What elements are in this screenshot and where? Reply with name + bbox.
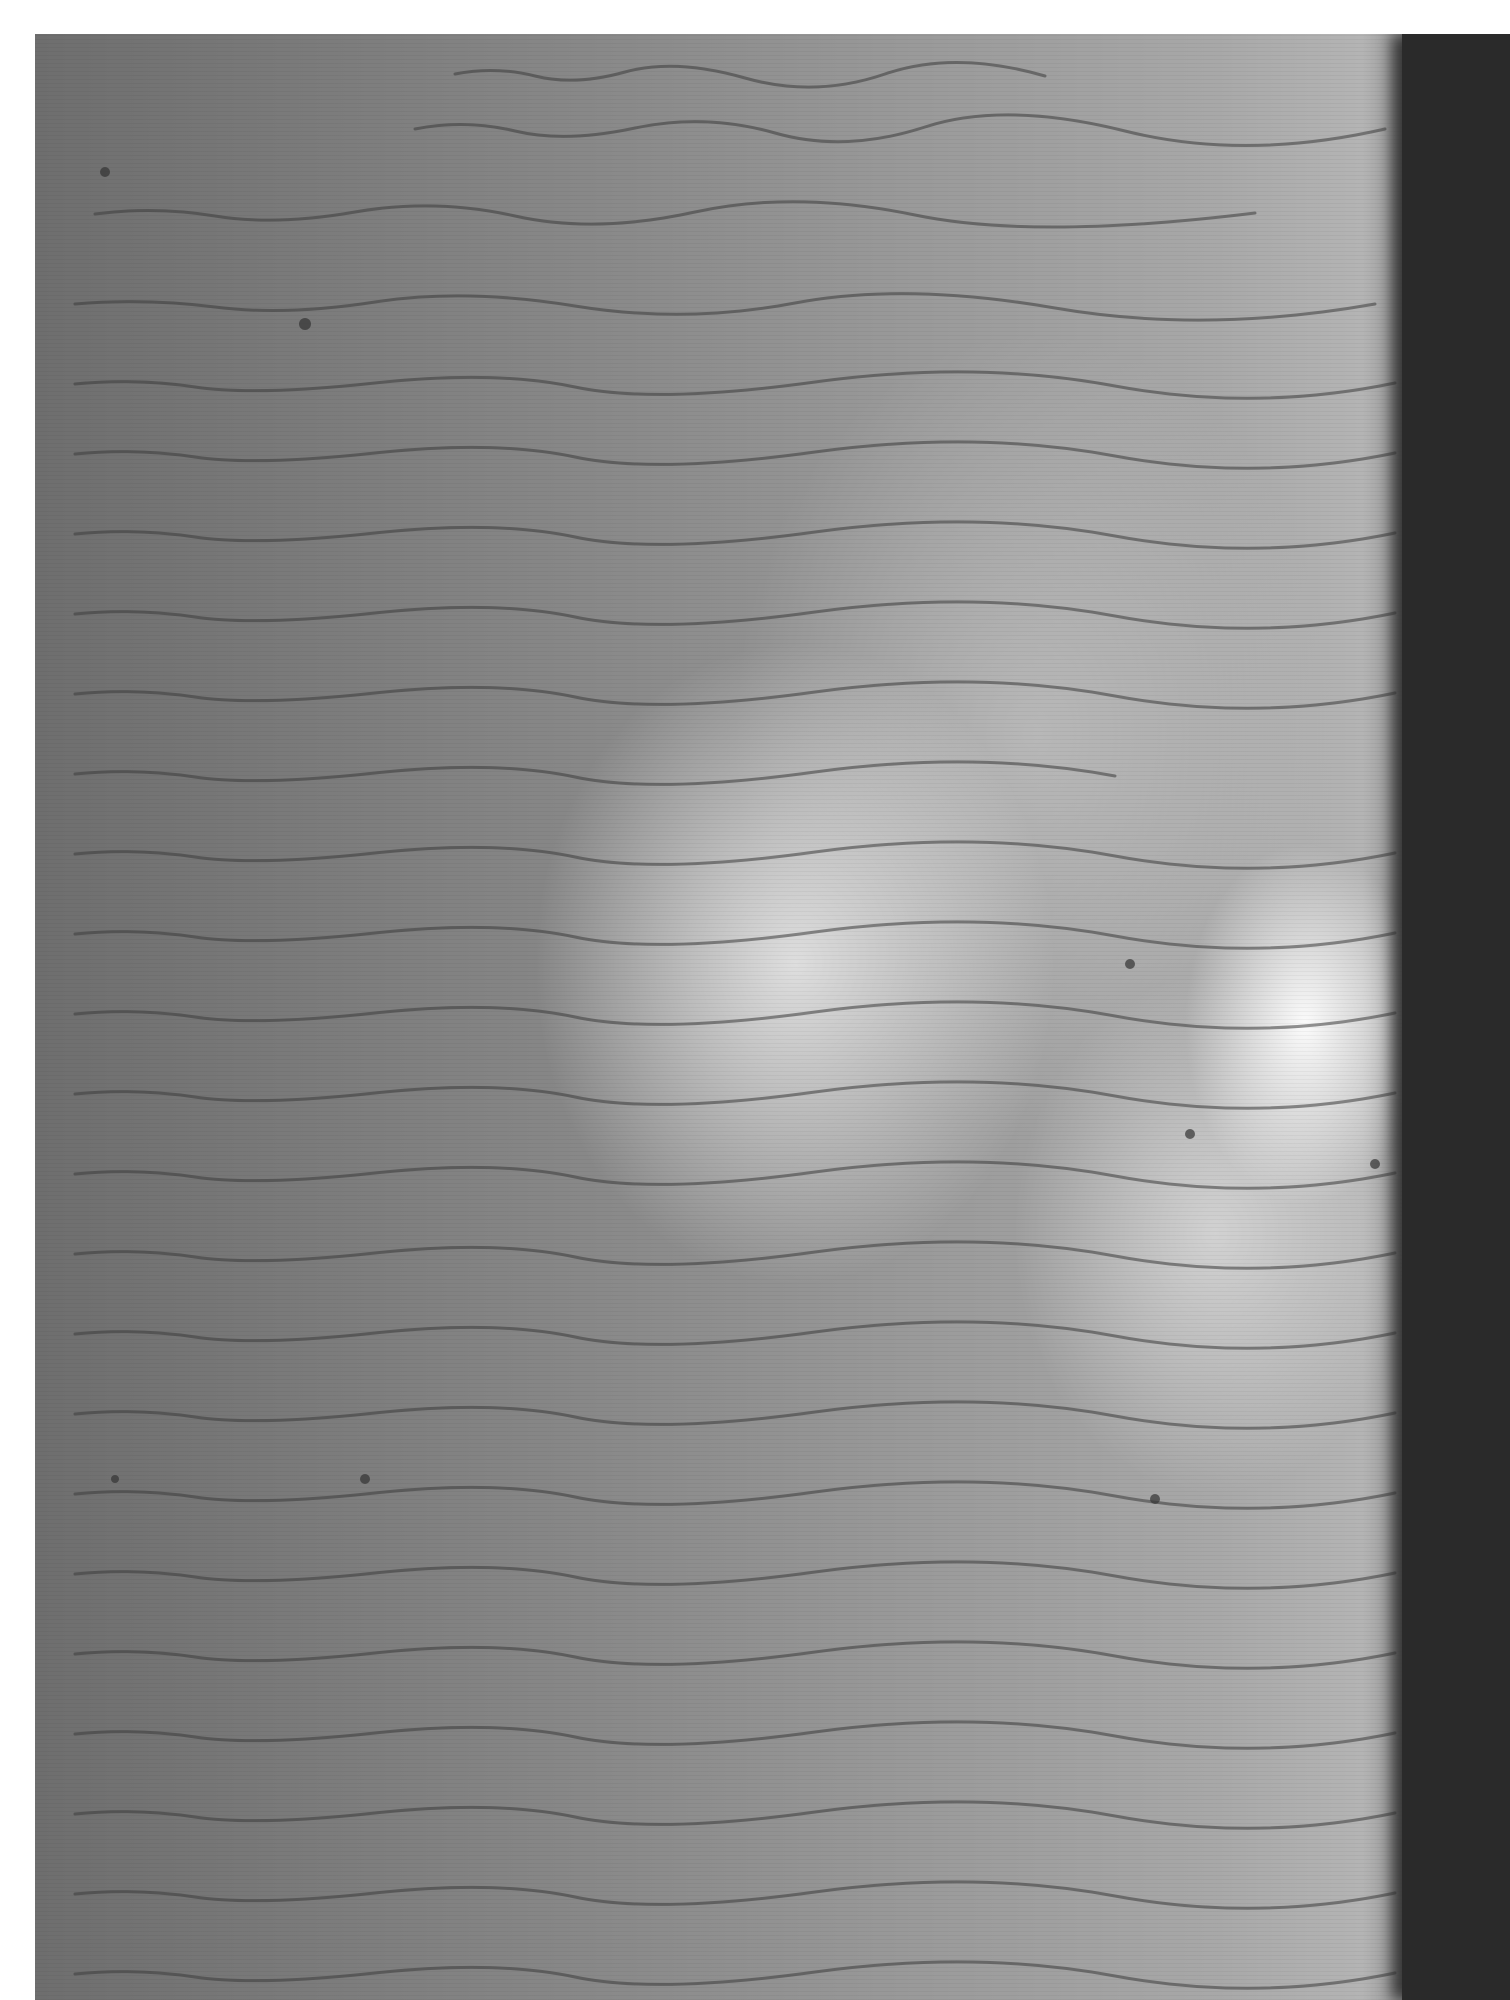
ruler-top [0, 0, 1510, 34]
scanner-background-band [1402, 34, 1510, 2000]
manuscript-scan [35, 34, 1510, 2000]
ruler-left [0, 0, 34, 2000]
handwriting-lines [35, 34, 1510, 2000]
